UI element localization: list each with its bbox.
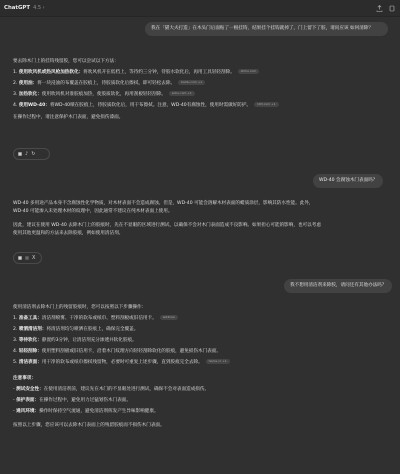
outro-text: 按照以上步骤，您应该可以去除木门表面上的残留胶痕而不损伤木门表面。 xyxy=(13,422,388,430)
paragraph: 使用其他更温和的方法来去除胶痕，例如使用清洁剂。 xyxy=(13,230,388,238)
intro-text: 使用清洁剂去除木门上的残留胶痕时，您可以按照以下步骤操作： xyxy=(13,304,388,312)
copy-icon[interactable] xyxy=(18,152,22,156)
user-message: 我不想用清洁剂来除胶，请问还有其他办法吗？ xyxy=(284,279,392,293)
model-selector[interactable]: 4.5 › xyxy=(33,5,45,11)
item-title: 使用吹风机或热风枪加热软化： xyxy=(19,70,83,75)
message-actions: ♪ ↻ xyxy=(13,148,50,160)
list-item: 4. 轻轻刮除：使用塑料刮板或旧信用卡，沿着木门纹理方向轻轻刮除软化的胶痕，避免… xyxy=(13,348,388,356)
item-title: 轻轻刮除： xyxy=(19,349,42,354)
citation-link[interactable]: 163.com +1 xyxy=(254,102,278,107)
thumbs-up-icon[interactable]: ♪ xyxy=(25,151,28,157)
note-item: - 保护表面：在操作过程中，避免用力过猛划伤木门表面。 xyxy=(13,397,388,405)
citation-link[interactable]: sohu.com +1 xyxy=(169,91,195,96)
user-message: 我在「猫大夫打造」在木头门后面贴了一根挂钩，结果挂个挂钩就掉了，门上留下了胶，请… xyxy=(145,22,388,36)
user-message: WD-40 会腐蚀木门表面吗？ xyxy=(313,174,383,188)
message-text: 我在「猫大夫打造」在木头门后面贴了一根挂钩，结果挂个挂钩就掉了，门上留下了胶，请… xyxy=(151,26,349,31)
list-item: 2. 喷洒清洁剂：将清洁剂均匀喷洒在胶痕上，确保完全覆盖。 xyxy=(13,326,388,334)
citation-link[interactable]: baidu.com +1 xyxy=(178,80,205,85)
copy-icon[interactable] xyxy=(389,5,396,12)
citation-link[interactable]: zhihu.com xyxy=(238,69,259,74)
item-title: 喷洒清洁剂： xyxy=(19,327,47,332)
message-text: 我不想用清洁剂来除胶，请问还有其他办法吗？ xyxy=(290,283,386,288)
app-title[interactable]: ChatGPT xyxy=(4,5,30,11)
item-title: 清洁表面： xyxy=(19,360,42,365)
message-text: WD-40 会腐蚀木门表面吗？ xyxy=(319,178,377,183)
share-icon[interactable]: X xyxy=(32,255,35,261)
list-item: 5. 清洁表面：用干净的软布或纸巾擦拭残留物，必要时可重复上述步骤，直到胶痕完全… xyxy=(13,359,388,367)
list-item: 1. 准备工具：清洁剂喷雾、干净的软布或纸巾、塑料刮板或旧信用卡。wikihow xyxy=(13,315,388,323)
list-item: 3. 加热软化：使用吹风机对准胶痕加热，使胶质软化，再用刮板轻轻刮除。sohu.… xyxy=(13,91,388,99)
assistant-message: 使用清洁剂去除木门上的残留胶痕时，您可以按照以下步骤操作： 1. 准备工具：清洁… xyxy=(13,304,388,430)
item-title: 等待软化： xyxy=(19,338,42,343)
item-title: 加热软化： xyxy=(19,92,42,97)
note-item: - 测试安全性：在使用清洁剂前，建议先在木门的不显眼处进行测试，确保不会对表面造… xyxy=(13,386,388,394)
paragraph: WD-40 可能渗入未处理木材的纹理中，因此通常不建议在纯木材表面上使用。 xyxy=(13,208,388,216)
paragraph: 因此，建议在使用 WD-40 去除木门上的胶痕时，先在不显眼的区域进行测试，以确… xyxy=(13,222,388,230)
message-actions: X xyxy=(13,252,42,264)
assistant-message: WD-40 多用途产品本身不含腐蚀性化学物质，对木材表面不会造成腐蚀。但是，WD… xyxy=(13,200,388,238)
citation-link[interactable]: home.cc +1 xyxy=(206,359,230,364)
header-actions xyxy=(376,5,396,12)
copy-icon[interactable] xyxy=(18,256,22,260)
message-text: 如何清除？ xyxy=(350,26,373,31)
assistant-message: 要去除木门上的挂钩残留胶，您可以尝试以下方法： 1. 使用吹风机或热风枪加热软化… xyxy=(13,58,388,122)
list-item: 1. 使用吹风机或热风枪加热软化：将吹风机开在低档上，等待约三分钟，待胶水软化后… xyxy=(13,69,388,77)
item-title: 使用油： xyxy=(19,81,37,86)
share-icon[interactable] xyxy=(376,5,383,12)
top-bar: ChatGPT 4.5 › xyxy=(0,0,400,17)
list-item: 3. 等待软化：静置约3分钟，让清洁剂充分渗透并软化胶痕。 xyxy=(13,337,388,345)
list-item: 4. 使用WD-40：将WD-40喷在胶痕上，待胶质软化后，用干布擦拭。注意，W… xyxy=(13,102,388,110)
refresh-icon[interactable]: ↻ xyxy=(31,151,35,157)
item-title: 使用WD-40： xyxy=(19,103,50,108)
notes-title: 注意事项： xyxy=(13,375,388,383)
list-item: 2. 使用油：将一块浸油的布覆盖在胶痕上，待胶质软化后擦拭，即可轻松去除。bai… xyxy=(13,80,388,88)
paragraph: WD-40 多用途产品本身不含腐蚀性化学物质，对木材表面不会造成腐蚀。但是，WD… xyxy=(13,200,388,208)
intro-text: 要去除木门上的挂钩残留胶，您可以尝试以下方法： xyxy=(13,58,388,66)
outro-text: 在操作过程中，请注意保护木门表面，避免损伤漆面。 xyxy=(13,114,388,122)
citation-link[interactable]: wikihow xyxy=(160,315,178,320)
item-title: 准备工具： xyxy=(19,316,42,321)
thumbs-down-icon[interactable] xyxy=(25,256,29,260)
note-item: - 通风环境：操作时保持空气流通，避免清洁剂挥发产生异味影响健康。 xyxy=(13,408,388,416)
